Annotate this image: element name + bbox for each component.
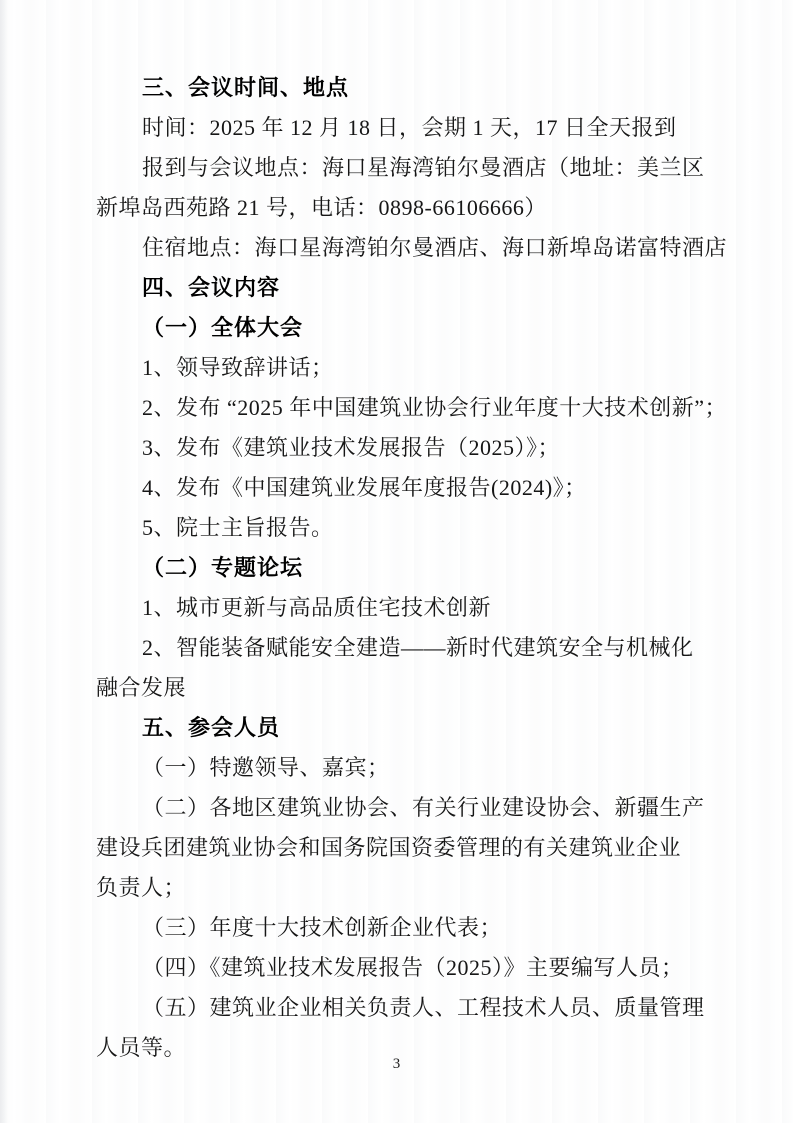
text-line: 住宿地点：海口星海湾铂尔曼酒店、海口新埠岛诺富特酒店: [96, 228, 700, 268]
text-line: 4、发布《中国建筑业发展年度报告(2024)》；: [96, 468, 700, 508]
text-line: 5、院士主旨报告。: [96, 508, 700, 548]
text-line: 三、会议时间、地点: [96, 68, 700, 108]
text-line: 2、智能装备赋能安全建造——新时代建筑安全与机械化: [96, 628, 700, 668]
text-line: （二）各地区建筑业协会、有关行业建设协会、新疆生产: [96, 788, 700, 828]
text-line: 报到与会议地点：海口星海湾铂尔曼酒店（地址：美兰区: [96, 148, 700, 188]
text-line: 四、会议内容: [96, 268, 700, 308]
text-line: 1、城市更新与高品质住宅技术创新: [96, 588, 700, 628]
text-line: 1、领导致辞讲话；: [96, 348, 700, 388]
page-number: 3: [0, 1052, 793, 1076]
text-line: 融合发展: [96, 668, 700, 708]
text-line: （五）建筑业企业相关负责人、工程技术人员、质量管理: [96, 988, 700, 1028]
scan-edge-artifact: [0, 0, 8, 1123]
text-line: 2、发布 “2025 年中国建筑业协会行业年度十大技术创新”；: [96, 388, 700, 428]
text-line: 建设兵团建筑业协会和国务院国资委管理的有关建筑业企业: [96, 828, 700, 868]
document-body: 三、会议时间、地点时间：2025 年 12 月 18 日，会期 1 天，17 日…: [96, 68, 700, 1068]
text-line: 3、发布《建筑业技术发展报告（2025）》；: [96, 428, 700, 468]
text-line: 时间：2025 年 12 月 18 日，会期 1 天，17 日全天报到: [96, 108, 700, 148]
document-page: 三、会议时间、地点时间：2025 年 12 月 18 日，会期 1 天，17 日…: [0, 0, 793, 1123]
text-line: （一）特邀领导、嘉宾；: [96, 748, 700, 788]
text-line: 五、参会人员: [96, 708, 700, 748]
text-line: 新埠岛西苑路 21 号，电话：0898-66106666）: [96, 188, 700, 228]
text-line: （二）专题论坛: [96, 548, 700, 588]
text-line: （四）《建筑业技术发展报告（2025）》主要编写人员；: [96, 948, 700, 988]
text-line: 负责人；: [96, 868, 700, 908]
text-line: （一）全体大会: [96, 308, 700, 348]
text-line: （三）年度十大技术创新企业代表；: [96, 908, 700, 948]
